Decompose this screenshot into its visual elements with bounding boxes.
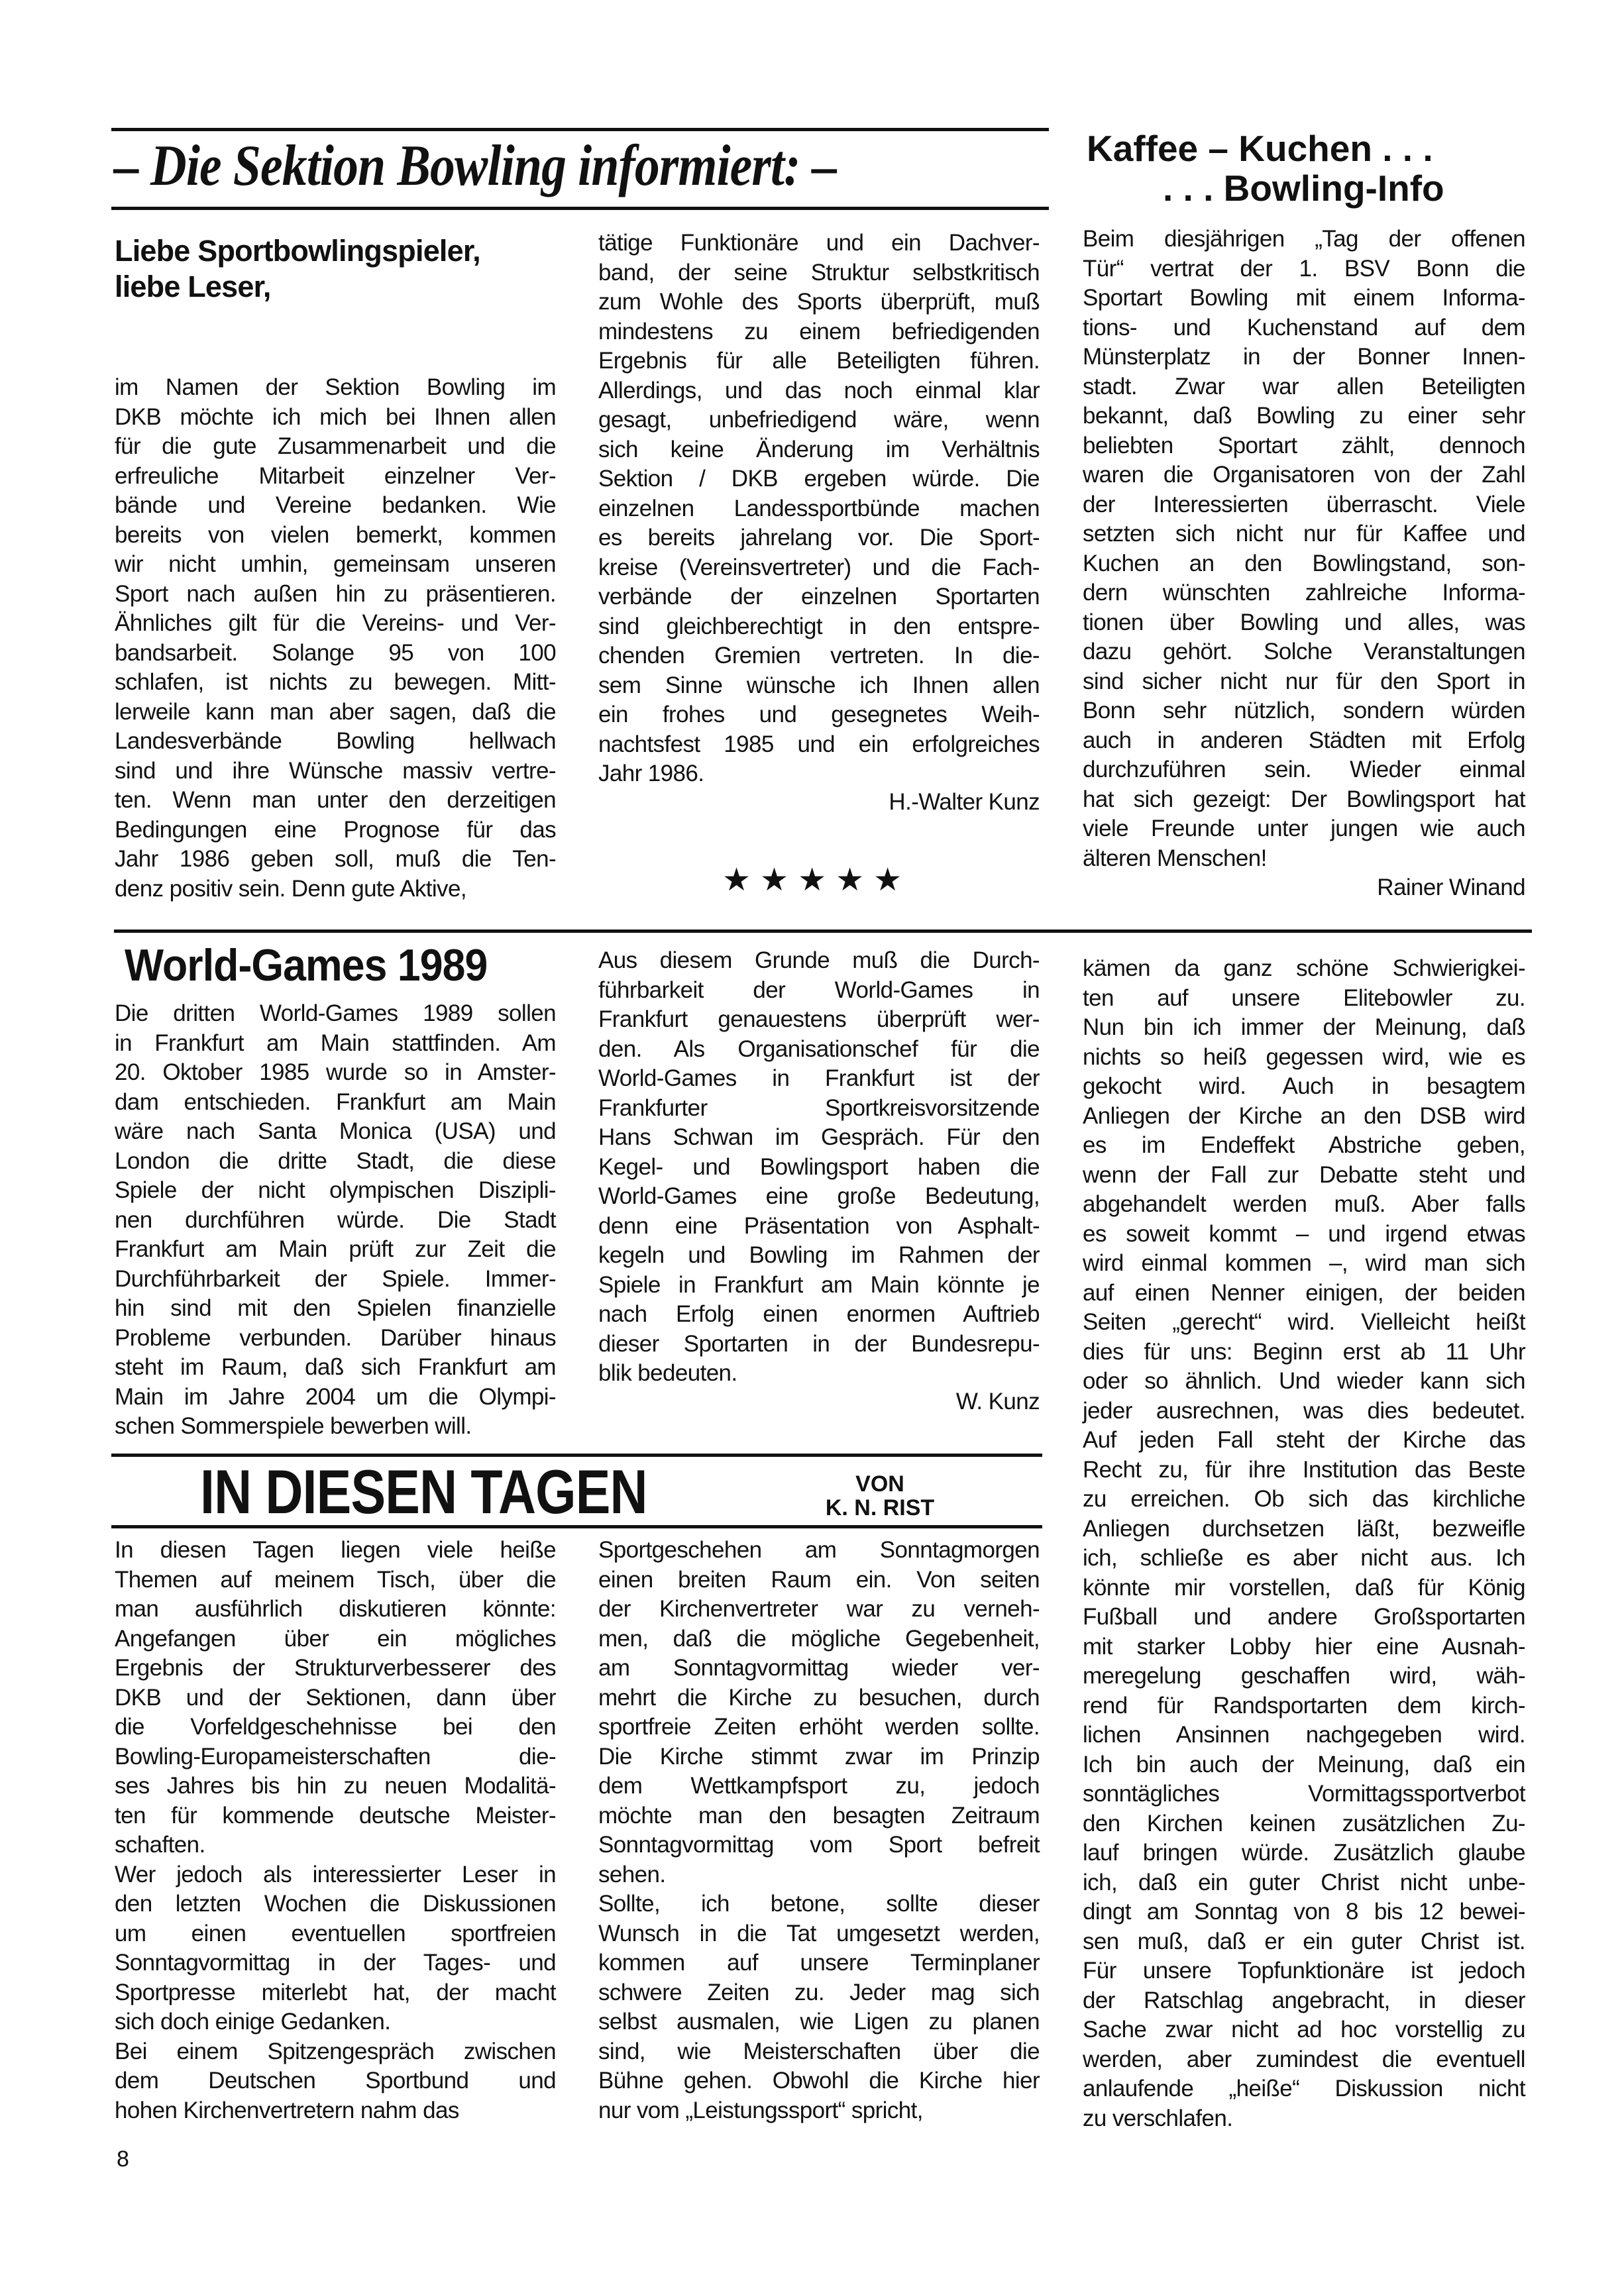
text-line: Frankfurter Sportkreisvorsitzende <box>598 1094 1040 1124</box>
text-line: setzten sich nicht nur für Kaffee und <box>1083 519 1525 549</box>
text-line: tions- und Kuchenstand auf dem <box>1083 313 1525 343</box>
text-line: 20. Oktober 1985 wurde so in Amster- <box>115 1058 556 1088</box>
text-line: nachtsfest 1985 und ein erfolgreiches <box>598 730 1040 760</box>
text-line: es soweit kommt – und irgend etwas <box>1083 1220 1525 1249</box>
text-line: wäre nach Santa Monica (USA) und <box>115 1117 556 1147</box>
text-line: zu verschlafen. <box>1083 2104 1525 2134</box>
section-divider-worldgames <box>114 929 1532 933</box>
text-line: dern wünschten zahlreiche Informa- <box>1083 578 1525 608</box>
text-line: Tür“ vertrat der 1. BSV Bonn die <box>1083 254 1525 284</box>
text-line: hin sind mit den Spielen finanzielle <box>115 1294 556 1324</box>
text-line: Frankfurt am Main prüft zur Zeit die <box>115 1235 556 1265</box>
text-line: dies für uns: Beginn erst ab 11 Uhr <box>1083 1338 1525 1367</box>
text-line: gesagt, unbefriedigend wäre, wenn <box>598 405 1040 435</box>
greeting-line1: Liebe Sportbowlingspieler, <box>115 233 578 269</box>
page-number: 8 <box>117 2147 129 2172</box>
text-line: auch in anderen Städten mit Erfolg <box>1083 726 1525 756</box>
text-line: Landesverbände Bowling hellwach <box>115 727 556 757</box>
text-line: In diesen Tagen liegen viele heiße <box>115 1536 556 1566</box>
text-line: dem Deutschen Sportbund und <box>115 2066 556 2096</box>
text-line: anlaufende „heiße“ Diskussion nicht <box>1083 2074 1525 2104</box>
text-line: tätige Funktionäre und ein Dachver- <box>598 229 1040 258</box>
greeting-heading: Liebe Sportbowlingspieler, liebe Leser, <box>115 233 578 305</box>
text-line: kreise (Vereinsvertreter) und die Fach- <box>598 553 1040 583</box>
text-line: möchte man den besagten Zeitraum <box>598 1801 1040 1831</box>
text-line: sind und ihre Wünsche massiv vertre- <box>115 757 556 786</box>
text-line: Ergebnis der Strukturverbesserer des <box>115 1654 556 1683</box>
text-line: blik bedeuten. <box>598 1359 1040 1389</box>
text-line: London die dritte Stadt, die diese <box>115 1147 556 1177</box>
text-line: wenn der Fall zur Debatte steht und <box>1083 1161 1525 1191</box>
text-line: Für unsere Topfunktionäre ist jedoch <box>1083 1956 1525 1986</box>
text-line: Frankfurt genauestens überprüft wer- <box>598 1005 1040 1035</box>
text-line: ich, daß ein guter Christ nicht unbe- <box>1083 1868 1525 1898</box>
text-line: sich keine Änderung im Verhältnis <box>598 435 1040 465</box>
text-line: Main im Jahre 2004 um die Olympi- <box>115 1383 556 1412</box>
text-line: beliebten Sportart zählt, dennoch <box>1083 431 1525 461</box>
text-line: dingt am Sonntag von 8 bis 12 bewei- <box>1083 1897 1525 1927</box>
text-line: in Frankfurt am Main stattfinden. Am <box>115 1029 556 1059</box>
text-line: der Ratschlag angebracht, in dieser <box>1083 1986 1525 2016</box>
text-line: erfreuliche Mitarbeit einzelner Ver- <box>115 462 556 492</box>
text-line: Ich bin auch der Meinung, daß ein <box>1083 1750 1525 1780</box>
text-line: DKB und der Sektionen, dann über <box>115 1683 556 1713</box>
text-line: sind gleichberechtigt in den entspre- <box>598 612 1040 642</box>
text-line: viele Freunde unter jungen wie auch <box>1083 814 1525 844</box>
text-line: gekocht wird. Auch in besagtem <box>1083 1072 1525 1102</box>
text-line: ten für kommende deutsche Meister- <box>115 1801 556 1831</box>
text-line: sehen. <box>598 1860 1040 1890</box>
text-line: nur vom „Leistungssport“ spricht, <box>598 2096 1040 2126</box>
text-line: schen Sommerspiele bewerben will. <box>115 1412 556 1442</box>
text-line: Wunsch in die Tat umgesetzt werden, <box>598 1919 1040 1949</box>
text-line: men, daß die mögliche Gegebenheit, <box>598 1624 1040 1654</box>
header-top-rule <box>111 128 1049 131</box>
worldgames-signature: W. Kunz <box>598 1387 1040 1417</box>
text-line: Hans Schwan im Gespräch. Für den <box>598 1123 1040 1153</box>
text-line: durchzuführen sein. Wieder einmal <box>1083 755 1525 785</box>
text-line: Auf jeden Fall steht der Kirche das <box>1083 1426 1525 1456</box>
text-line: Bei einem Spitzengespräch zwischen <box>115 2037 556 2067</box>
kaffee-title-line1: Kaffee – Kuchen . . . <box>1087 127 1433 170</box>
text-line: der Interessierten überrascht. Viele <box>1083 490 1525 520</box>
text-line: älteren Menschen! <box>1083 844 1525 874</box>
worldgames-title: World-Games 1989 <box>125 939 487 991</box>
sektion-column-1: im Namen der Sektion Bowling imDKB möcht… <box>115 373 556 904</box>
text-line: meregelung geschaffen wird, wäh- <box>1083 1662 1525 1691</box>
greeting-line2: liebe Leser, <box>115 269 578 305</box>
star-divider-icon: ★★★★★ <box>722 861 911 898</box>
text-line: Bonn sehr nützlich, sondern würden <box>1083 696 1525 726</box>
text-line: DKB möchte ich mich bei Ihnen allen <box>115 403 556 433</box>
text-line: zum Wohle des Sports überprüft, muß <box>598 288 1040 317</box>
text-line: Seiten „gerecht“ wird. Vielleicht heißt <box>1083 1308 1525 1338</box>
text-line: sportfreie Zeiten erhöht werden sollte. <box>598 1713 1040 1742</box>
text-line: Aus diesem Grunde muß die Durch- <box>598 946 1040 976</box>
text-line: band, der seine Struktur selbstkritisch <box>598 258 1040 288</box>
text-line: dazu gehört. Solche Veranstaltungen <box>1083 637 1525 667</box>
text-line: es bereits jahrelang vor. Die Sport- <box>598 523 1040 553</box>
text-line: dem Wettkampfsport zu, jedoch <box>598 1772 1040 1801</box>
idt-byline-author: K. N. RIST <box>814 1496 946 1520</box>
text-line: Spiele der nicht olympischen Diszipli- <box>115 1176 556 1206</box>
text-line: Münsterplatz in der Bonner Innen- <box>1083 343 1525 372</box>
text-line: Die dritten World-Games 1989 sollen <box>115 999 556 1029</box>
text-line: für die gute Zusammenarbeit und die <box>115 432 556 462</box>
worldgames-column-1: Die dritten World-Games 1989 sollenin Fr… <box>115 999 556 1442</box>
text-line: am Sonntagvormittag wieder ver- <box>598 1654 1040 1683</box>
text-line: sen muß, daß er ein guter Christ ist. <box>1083 1927 1525 1957</box>
sektion-signature: H.-Walter Kunz <box>598 788 1040 818</box>
text-line: Wer jedoch als interessierter Leser in <box>115 1860 556 1890</box>
text-line: Nun bin ich immer der Meinung, daß <box>1083 1013 1525 1043</box>
text-line: kämen da ganz schöne Schwierigkei- <box>1083 954 1525 984</box>
text-line: tionen über Bowling und alles, was <box>1083 608 1525 638</box>
text-line: zu erreichen. Ob sich das kirchliche <box>1083 1485 1525 1514</box>
text-line: führbarkeit der World-Games in <box>598 976 1040 1006</box>
kaffee-signature: Rainer Winand <box>1083 873 1525 903</box>
text-line: nichts so heiß gegessen wird, wie es <box>1083 1043 1525 1073</box>
text-line: es im Endeffekt Abstriche geben, <box>1083 1131 1525 1161</box>
text-line: man ausführlich diskutieren könnte: <box>115 1595 556 1624</box>
text-line: lichen Ansinnen nachgegeben wird. <box>1083 1721 1525 1750</box>
text-line: Bedingungen eine Prognose für das <box>115 816 556 845</box>
text-line: denz positiv sein. Denn gute Aktive, <box>115 875 556 904</box>
text-line: Sektion / DKB ergeben würde. Die <box>598 464 1040 494</box>
text-line: Spiele in Frankfurt am Main könnte je <box>598 1271 1040 1301</box>
text-line: stadt. Zwar war allen Beteiligten <box>1083 372 1525 402</box>
idt-title: IN DIESEN TAGEN <box>200 1456 647 1528</box>
text-line: Bühne gehen. Obwohl die Kirche hier <box>598 2066 1040 2096</box>
text-line: lauf bringen würde. Zusätzlich glaube <box>1083 1838 1525 1868</box>
text-line: hat sich gezeigt: Der Bowlingsport hat <box>1083 785 1525 815</box>
text-line: abgehandelt werden muß. Aber falls <box>1083 1190 1525 1220</box>
header-bottom-rule <box>111 207 1049 210</box>
idt-column-2: Sportgeschehen am Sonntagmorgeneinen bre… <box>598 1536 1040 2125</box>
idt-column-1: In diesen Tagen liegen viele heißeThemen… <box>115 1536 556 2125</box>
text-line: Ergebnis für alle Beteiligten führen. <box>598 346 1040 376</box>
text-line: Sportgeschehen am Sonntagmorgen <box>598 1536 1040 1566</box>
text-line: Durchführbarkeit der Spiele. Immer- <box>115 1265 556 1295</box>
text-line: dam entschieden. Frankfurt am Main <box>115 1088 556 1118</box>
text-line: denn eine Präsentation von Asphalt- <box>598 1212 1040 1242</box>
kaffee-title-line2: . . . Bowling-Info <box>1163 167 1444 209</box>
text-line: kommen auf unsere Terminplaner <box>598 1948 1040 1978</box>
text-line: jeder ausrechnen, was dies bedeutet. <box>1083 1397 1525 1426</box>
text-line: sind, wie Meisterschaften über die <box>598 2037 1040 2067</box>
text-line: chenden Gremien vertreten. In die- <box>598 641 1040 671</box>
text-line: den. Als Organisationschef für die <box>598 1035 1040 1065</box>
text-line: Sache zwar nicht ad hoc vorstellig zu <box>1083 2015 1525 2045</box>
text-line: bände und Vereine bedanken. Wie <box>115 491 556 521</box>
text-line: ten. Wenn man unter den derzeitigen <box>115 786 556 816</box>
text-line: Themen auf meinem Tisch, über die <box>115 1566 556 1595</box>
text-line: sonntägliches Vormittagssportverbot <box>1083 1779 1525 1809</box>
text-line: sind sicher nicht nur für den Sport in <box>1083 667 1525 697</box>
text-line: Sportart Bowling mit einem Informa- <box>1083 284 1525 313</box>
text-line: auf einen Nenner einigen, der beiden <box>1083 1279 1525 1308</box>
text-line: schaften. <box>115 1831 556 1860</box>
text-line: Beim diesjährigen „Tag der offenen <box>1083 225 1525 254</box>
text-line: bekannt, daß Bowling zu einer sehr <box>1083 401 1525 431</box>
text-line: Sonntagvormittag in der Tages- und <box>115 1948 556 1978</box>
worldgames-column-2: Aus diesem Grunde muß die Durch-führbark… <box>598 946 1040 1389</box>
text-line: schwere Zeiten zu. Jeder mag sich <box>598 1978 1040 2008</box>
text-line: nach Erfolg einen enormen Auftrieb <box>598 1300 1040 1330</box>
text-line: sich doch einige Gedanken. <box>115 2007 556 2037</box>
text-line: könnte mir vorstellen, daß für König <box>1083 1573 1525 1603</box>
text-line: hohen Kirchenvertretern nahm das <box>115 2096 556 2126</box>
idt-byline-von: VON <box>814 1472 946 1496</box>
sektion-column-2: tätige Funktionäre und ein Dachver-band,… <box>598 229 1040 789</box>
text-line: dieser Sportarten in der Bundesrepu- <box>598 1330 1040 1359</box>
text-line: verbände der einzelnen Sportarten <box>598 582 1040 612</box>
text-line: steht im Raum, daß sich Frankfurt am <box>115 1353 556 1383</box>
text-line: ten auf unsere Elitebowler zu. <box>1083 984 1525 1014</box>
text-line: mehrt die Kirche zu besuchen, durch <box>598 1683 1040 1713</box>
text-line: bereits von vielen bemerkt, kommen <box>115 521 556 551</box>
text-line: im Namen der Sektion Bowling im <box>115 373 556 403</box>
text-line: Bowling-Europameisterschaften die- <box>115 1742 556 1772</box>
text-line: Fußball und andere Großsportarten <box>1083 1603 1525 1632</box>
page-title: – Die Sektion Bowling informiert: – <box>114 133 837 199</box>
text-line: ich, schließe es aber nicht aus. Ich <box>1083 1544 1525 1573</box>
text-line: wird einmal kommen –, wird man sich <box>1083 1249 1525 1279</box>
text-line: Angefangen über ein mögliches <box>115 1624 556 1654</box>
text-line: Allerdings, und das noch einmal klar <box>598 376 1040 406</box>
text-line: World-Games eine große Bedeutung, <box>598 1182 1040 1212</box>
text-line: sem Sinne wünsche ich Ihnen allen <box>598 671 1040 701</box>
kaffee-column: Beim diesjährigen „Tag der offenenTür“ v… <box>1083 225 1525 873</box>
text-line: Sonntagvormittag vom Sport befreit <box>598 1831 1040 1860</box>
text-line: wir nicht umhin, gemeinsam unseren <box>115 550 556 580</box>
idt-byline: VON K. N. RIST <box>814 1472 946 1520</box>
text-line: lerweile kann man aber sagen, daß die <box>115 698 556 727</box>
text-line: Jahr 1986 geben soll, muß die Ten- <box>115 845 556 875</box>
text-line: Sportpresse miterlebt hat, der macht <box>115 1978 556 2008</box>
text-line: nen durchführen würde. Die Stadt <box>115 1206 556 1236</box>
text-line: Kegel- und Bowlingsport haben die <box>598 1153 1040 1183</box>
text-line: werden, aber zumindest die eventuell <box>1083 2045 1525 2075</box>
text-line: rend für Randsportarten dem kirch- <box>1083 1691 1525 1721</box>
text-line: Die Kirche stimmt zwar im Prinzip <box>598 1742 1040 1772</box>
text-line: den Kirchen keinen zusätzlichen Zu- <box>1083 1809 1525 1839</box>
text-line: die Vorfeldgeschehnisse bei den <box>115 1713 556 1742</box>
text-line: um einen eventuellen sportfreien <box>115 1919 556 1949</box>
text-line: oder so ähnlich. Und wieder kann sich <box>1083 1367 1525 1397</box>
text-line: Probleme verbunden. Darüber hinaus <box>115 1324 556 1354</box>
text-line: Sollte, ich betone, sollte dieser <box>598 1889 1040 1919</box>
text-line: kegeln und Bowling im Rahmen der <box>598 1241 1040 1271</box>
text-line: einzelnen Landessportbünde machen <box>598 494 1040 524</box>
text-line: ses Jahres bis hin zu neuen Modalitä- <box>115 1772 556 1801</box>
text-line: Ähnliches gilt für die Vereins- und Ver- <box>115 609 556 639</box>
text-line: der Kirchenvertreter war zu verneh- <box>598 1595 1040 1624</box>
text-line: mit starker Lobby hier eine Ausnah- <box>1083 1632 1525 1662</box>
text-line: Anliegen durchsetzen läßt, bezweifle <box>1083 1514 1525 1544</box>
idt-column-3: kämen da ganz schöne Schwierigkei-ten au… <box>1083 954 1525 2133</box>
text-line: Sport nach außen hin zu präsentieren. <box>115 580 556 610</box>
text-line: selbst ausmalen, wie Ligen zu planen <box>598 2007 1040 2037</box>
text-line: Anliegen der Kirche an den DSB wird <box>1083 1102 1525 1132</box>
text-line: mindestens zu einem befriedigenden <box>598 317 1040 347</box>
text-line: waren die Organisatoren von der Zahl <box>1083 460 1525 490</box>
text-line: Kuchen an den Bowlingstand, son- <box>1083 549 1525 579</box>
text-line: Jahr 1986. <box>598 759 1040 789</box>
text-line: schlafen, ist nichts zu bewegen. Mitt- <box>115 668 556 698</box>
text-line: World-Games in Frankfurt ist der <box>598 1064 1040 1094</box>
text-line: einen breiten Raum ein. Von seiten <box>598 1566 1040 1595</box>
text-line: Recht zu, für ihre Institution das Beste <box>1083 1456 1525 1485</box>
text-line: den letzten Wochen die Diskussionen <box>115 1889 556 1919</box>
text-line: ein frohes und gesegnetes Weih- <box>598 700 1040 730</box>
text-line: bandsarbeit. Solange 95 von 100 <box>115 639 556 668</box>
